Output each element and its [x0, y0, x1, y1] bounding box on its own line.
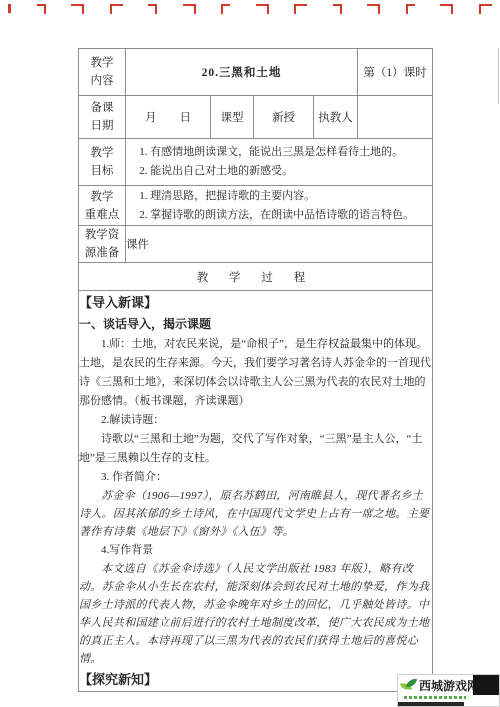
- label-line: 教学: [79, 144, 125, 162]
- teaching-content-label: 教学 内容: [79, 49, 126, 96]
- resources-label: 教学资 源准备: [79, 226, 126, 263]
- label-line: 教学资: [79, 226, 125, 244]
- table-row: 教学 重难点 1. 理清思路，把握诗歌的主要内容。 2. 掌握诗歌的朗读方法，在…: [79, 186, 433, 226]
- goal-item: 1. 有感情地朗读课文，能说出三黑是怎样看待土地的。: [126, 143, 432, 162]
- table-row: 【导入新课】 一、谈话导入，揭示课题 1.师：土地，对农民来说，是“命根子”，是…: [79, 291, 433, 692]
- resources-value: 课件: [126, 226, 433, 263]
- teacher-label: 执教人: [314, 96, 358, 139]
- session-number: 第（1）课时: [358, 49, 433, 96]
- section-heading: 【探究新知】: [79, 668, 432, 691]
- watermark-black-block: [473, 675, 499, 695]
- lesson-content: 【导入新课】 一、谈话导入，揭示课题 1.师：土地，对农民来说，是“命根子”，是…: [79, 291, 433, 692]
- teacher-value: [358, 96, 433, 139]
- red-fragment-icon: [183, 4, 196, 14]
- top-red-clipped-fragments: [8, 4, 492, 15]
- lesson-plan-table: 教学 内容 20.三黑和土地 第（1）课时 备课 日期 月 日 课型 新授 执教…: [78, 48, 433, 692]
- red-fragment-icon: [440, 4, 453, 14]
- table-row: 教学 内容 20.三黑和土地 第（1）课时: [79, 49, 433, 96]
- paragraph: 3. 作者简介：: [79, 468, 432, 487]
- red-fragment-icon: [148, 4, 157, 14]
- key-points-content: 1. 理清思路，把握诗歌的主要内容。 2. 掌握诗歌的朗读方法，在朗读中品悟诗歌…: [126, 186, 433, 226]
- author-bio-paragraph: 苏金伞（1906—1997），原名苏鹤田，河南睢县人，现代著名乡土诗人。因其浓郁…: [79, 487, 432, 541]
- table-row: 教 学 过 程: [79, 263, 433, 291]
- lesson-title: 20.三黑和土地: [126, 49, 358, 96]
- teaching-goals-content: 1. 有感情地朗读课文，能说出三黑是怎样看待土地的。 2. 能说出自己对土地的新…: [126, 139, 433, 186]
- watermark-bottom-strip: [398, 702, 464, 706]
- label-line: 重难点: [79, 206, 125, 224]
- paragraph: 2.解读诗题：: [79, 411, 432, 430]
- subsection-heading: 一、谈话导入，揭示课题: [79, 314, 432, 335]
- table-row: 备课 日期 月 日 课型 新授 执教人: [79, 96, 433, 139]
- red-fragment-icon: [37, 4, 46, 14]
- watermark-row: 西城游戏网: [401, 677, 479, 694]
- page-edge-artifact: [498, 48, 499, 104]
- table-row: 教学资 源准备 课件: [79, 226, 433, 263]
- teaching-goals-label: 教学 目标: [79, 139, 126, 186]
- background-paragraph: 本文选自《苏金伞诗选》（人民文学出版社 1983 年版），略有改动。苏金伞从小生…: [79, 560, 432, 668]
- label-line: 目标: [79, 162, 125, 180]
- section-heading: 【导入新课】: [79, 291, 432, 314]
- key-point-item: 2. 掌握诗歌的朗读方法，在朗读中品悟诗歌的语言特色。: [126, 206, 432, 225]
- table-row: 教学 目标 1. 有感情地朗读课文，能说出三黑是怎样看待土地的。 2. 能说出自…: [79, 139, 433, 186]
- red-fragment-icon: [221, 4, 230, 14]
- course-type-label: 课型: [211, 96, 254, 139]
- lesson-plan-page: 教学 内容 20.三黑和土地 第（1）课时 备课 日期 月 日 课型 新授 执教…: [0, 0, 500, 707]
- red-fragment-icon: [294, 4, 307, 14]
- teaching-process-title: 教 学 过 程: [79, 263, 433, 291]
- red-fragment-icon: [71, 4, 84, 14]
- key-points-label: 教学 重难点: [79, 186, 126, 226]
- red-fragment-icon: [367, 4, 380, 14]
- watermark-site-name: 西城游戏网: [419, 677, 479, 694]
- paragraph: 1.师：土地，对农民来说，是“命根子”，是生存权益最集中的体现。土地，是农民的生…: [79, 335, 432, 411]
- red-fragment-icon: [479, 4, 492, 14]
- paragraph: 4.写作背景: [79, 541, 432, 560]
- red-fragment-icon: [8, 4, 11, 13]
- goal-item: 2. 能说出自己对土地的新感受。: [126, 162, 432, 181]
- prep-date-label: 备课 日期: [79, 96, 126, 139]
- label-line: 教学: [79, 54, 125, 72]
- key-point-item: 1. 理清思路，把握诗歌的主要内容。: [126, 187, 432, 206]
- course-type-value: 新授: [254, 96, 314, 139]
- leaf-logo-icon: [401, 678, 417, 693]
- paragraph: 诗歌以“三黑和土地”为题，交代了写作对象，“三黑”是主人公，“土地”是三黑赖以生…: [79, 430, 432, 468]
- label-line: 内容: [79, 72, 125, 90]
- red-fragment-icon: [256, 4, 269, 14]
- red-fragment-icon: [333, 4, 342, 14]
- prep-date-value: 月 日: [126, 96, 211, 139]
- label-line: 教学: [79, 188, 125, 206]
- label-line: 源准备: [79, 244, 125, 262]
- red-fragment-icon: [406, 4, 415, 14]
- site-watermark: 西城游戏网: [397, 674, 500, 707]
- label-line: 备课: [79, 99, 125, 117]
- watermark-pinyin-dots: [404, 696, 466, 699]
- label-line: 日期: [79, 117, 125, 135]
- red-fragment-icon: [110, 4, 123, 14]
